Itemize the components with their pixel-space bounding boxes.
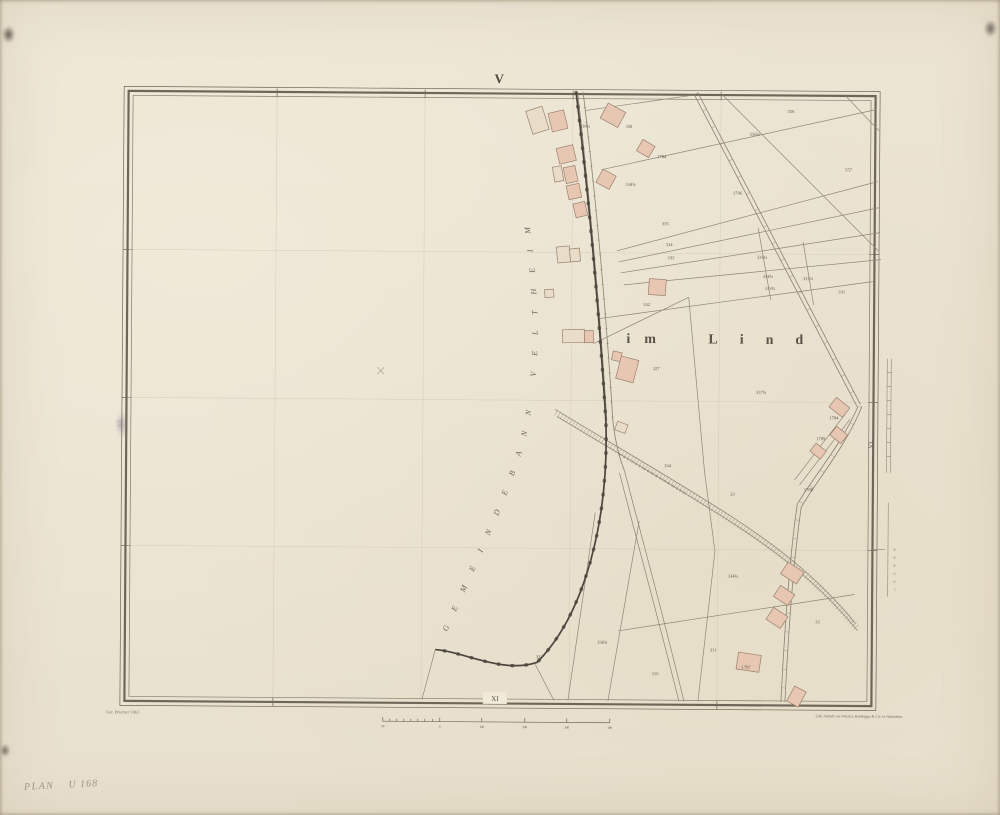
parcel-label: 557 [845,167,853,172]
building [552,166,563,182]
frame-ticks [120,87,880,710]
parcel-label: 336¾ [597,640,608,645]
parcel-label: 310 [652,671,660,676]
ruler-label: 30 [893,548,897,552]
parcel-label: 556 [788,109,796,114]
parcel-label: 32 [815,619,820,624]
building [596,169,616,189]
scale-label: 300 [564,725,569,729]
building [648,278,666,295]
ruler-label: 5 [894,588,896,592]
pencil-word: PLAN [24,780,55,793]
parcel-label: 334 [664,463,672,468]
building [636,139,655,157]
parcel-label: 1796 [733,191,743,196]
road-label: WÜLFLINGERSTRASSE [617,452,689,497]
margin-ruler-labels: 30252015105 [893,548,897,592]
construction-grid [126,95,871,701]
map-frame [120,86,880,710]
building [569,248,580,262]
municipal-boundary [435,92,608,667]
building [548,110,568,132]
building [556,145,576,165]
parcel-label: 33 [730,492,735,497]
parcel-label: 1784 [657,154,667,159]
adjacent-sheet-label-bottom: XI [491,695,499,703]
parcel-label: 333 [668,255,676,260]
parcel-label: 334¾ [728,574,739,579]
ruler-label: 25 [893,556,897,560]
building [584,330,593,342]
parcel-label: 327 [653,366,661,371]
parcel-label: 333¾ [765,286,776,291]
adjacent-sheet-label-right: VI. [868,440,875,449]
parcel-label: 334 [666,242,674,247]
ruler-label: 20 [893,564,897,568]
area-label-lind: Lind [708,332,825,348]
parcel-label: 336¾ [580,124,591,129]
sheet-title: V [494,71,504,86]
scale-label: 400 [607,726,612,730]
parcel-label: 334¾ [763,274,774,279]
ruler-label: 10 [893,580,897,584]
parcel-label: 331 [838,289,846,294]
building [573,201,588,217]
building [563,165,578,183]
parcel-label: 358 [625,124,633,129]
scale-bar-labels: 500100200300400 [381,724,612,730]
parcel-label: 1787 [742,665,752,670]
area-label-im: im [626,332,670,347]
boundary-label: GEMEINDEBANN VELTHEIM [441,210,541,633]
parcel-label: 333 [536,654,544,659]
ruler-label: 15 [893,572,897,576]
building [773,585,794,605]
parcel-label: 1789 [816,436,826,441]
parcel-label: 334¾ [625,182,636,187]
building [526,106,549,134]
building [787,686,807,707]
scale-label: 50 [381,724,385,728]
scale-label: 0 [439,725,441,729]
building [781,562,805,584]
scale-label: 100 [479,725,484,729]
parcel-label: 1788 [804,487,814,492]
building [566,183,582,199]
parcel-label: 1784 [829,415,839,420]
parcel-label: 335 [662,221,670,226]
parcel-label: 332 [643,302,651,307]
parcel-lines [422,92,882,702]
parcel-label: 556¾ [750,132,761,137]
pencil-mark [377,367,384,374]
scale-bar [383,717,610,723]
parcel-label: 331¼ [803,276,814,281]
parcel-label: 331¾ [757,255,768,260]
building [545,289,554,298]
adjacent-sheet-label-left: VI [115,419,124,427]
surveyor-signature: Gez. Brunner 1861. [106,709,141,714]
scale-label: 200 [522,725,527,729]
pencil-number: U 168 [68,778,98,791]
lithographer-caption: Lith. Anstalt von Wurster, Randegger & C… [815,714,902,720]
building [766,607,788,628]
cadastral-map: 336¾3581784556556¾334¾179655733533433333… [0,0,1000,815]
parcel-labels-layer: 336¾3581784556556¾334¾179655733533433333… [536,107,854,677]
building [615,421,628,433]
building [562,329,584,343]
building [600,103,626,127]
building [556,246,570,263]
parcel-label: 337¾ [756,390,767,395]
parcel-label: 311 [710,647,717,652]
